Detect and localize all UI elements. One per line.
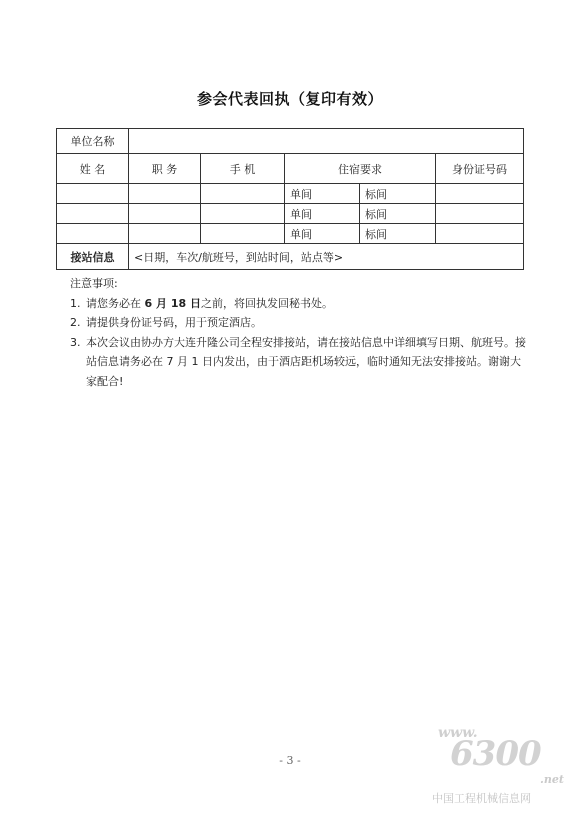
note-text-post: 之前，将回执发回秘书处。 [201,297,333,310]
position-field[interactable] [129,204,201,224]
standard-room-option[interactable]: 标间 [360,184,436,204]
name-field[interactable] [57,184,129,204]
unit-value-field[interactable] [129,129,524,154]
phone-field[interactable] [201,184,285,204]
notes-heading: 注意事项: [70,274,530,294]
standard-room-option[interactable]: 标间 [360,224,436,244]
phone-field[interactable] [201,224,285,244]
header-id-number: 身份证号码 [436,154,524,184]
watermark-logo: www. 6300 .net 中国工程机械信息网 [430,718,580,818]
position-field[interactable] [129,224,201,244]
id-number-field[interactable] [436,184,524,204]
unit-label: 单位名称 [57,129,129,154]
note-text: 本次会议由协办方大连升隆公司全程安排接站，请在接站信息中详细填写日期、航班号。接… [86,333,530,392]
note-number: 1. [70,294,86,314]
note-item: 3. 本次会议由协办方大连升隆公司全程安排接站，请在接站信息中详细填写日期、航班… [70,333,530,392]
notes-section: 注意事项: 1. 请您务必在 6 月 18 日之前，将回执发回秘书处。 2. 请… [70,274,530,391]
note-text: 请您务必在 6 月 18 日之前，将回执发回秘书处。 [86,294,530,314]
header-name: 姓 名 [57,154,129,184]
pickup-info-field[interactable]: <日期，车次/航班号，到站时间，站点等> [129,244,524,270]
header-row: 姓 名 职 务 手 机 住宿要求 身份证号码 [57,154,524,184]
phone-field[interactable] [201,204,285,224]
table-row: 单间 标间 [57,224,524,244]
table-row: 单间 标间 [57,184,524,204]
id-number-field[interactable] [436,204,524,224]
header-position: 职 务 [129,154,201,184]
watermark-site-name: 中国工程机械信息网 [432,790,531,806]
single-room-option[interactable]: 单间 [285,184,360,204]
standard-room-option[interactable]: 标间 [360,204,436,224]
note-text: 请提供身份证号码，用于预定酒店。 [86,313,530,333]
note-item: 2. 请提供身份证号码，用于预定酒店。 [70,313,530,333]
note-text-pre: 请您务必在 [86,297,145,310]
table-row: 单间 标间 [57,204,524,224]
registration-form-table: 单位名称 姓 名 职 务 手 机 住宿要求 身份证号码 单间 标间 单间 标间 … [56,128,524,270]
name-field[interactable] [57,204,129,224]
deadline-date: 6 月 18 日 [145,297,201,310]
header-phone: 手 机 [201,154,285,184]
position-field[interactable] [129,184,201,204]
header-accommodation: 住宿要求 [285,154,436,184]
id-number-field[interactable] [436,224,524,244]
single-room-option[interactable]: 单间 [285,204,360,224]
watermark-net: .net [540,773,564,786]
single-room-option[interactable]: 单间 [285,224,360,244]
watermark-number: 6300 [450,734,541,774]
unit-row: 单位名称 [57,129,524,154]
note-number: 2. [70,313,86,333]
document-title: 参会代表回执（复印有效） [0,88,580,109]
note-item: 1. 请您务必在 6 月 18 日之前，将回执发回秘书处。 [70,294,530,314]
pickup-label: 接站信息 [57,244,129,270]
name-field[interactable] [57,224,129,244]
note-number: 3. [70,333,86,392]
pickup-row: 接站信息 <日期，车次/航班号，到站时间，站点等> [57,244,524,270]
